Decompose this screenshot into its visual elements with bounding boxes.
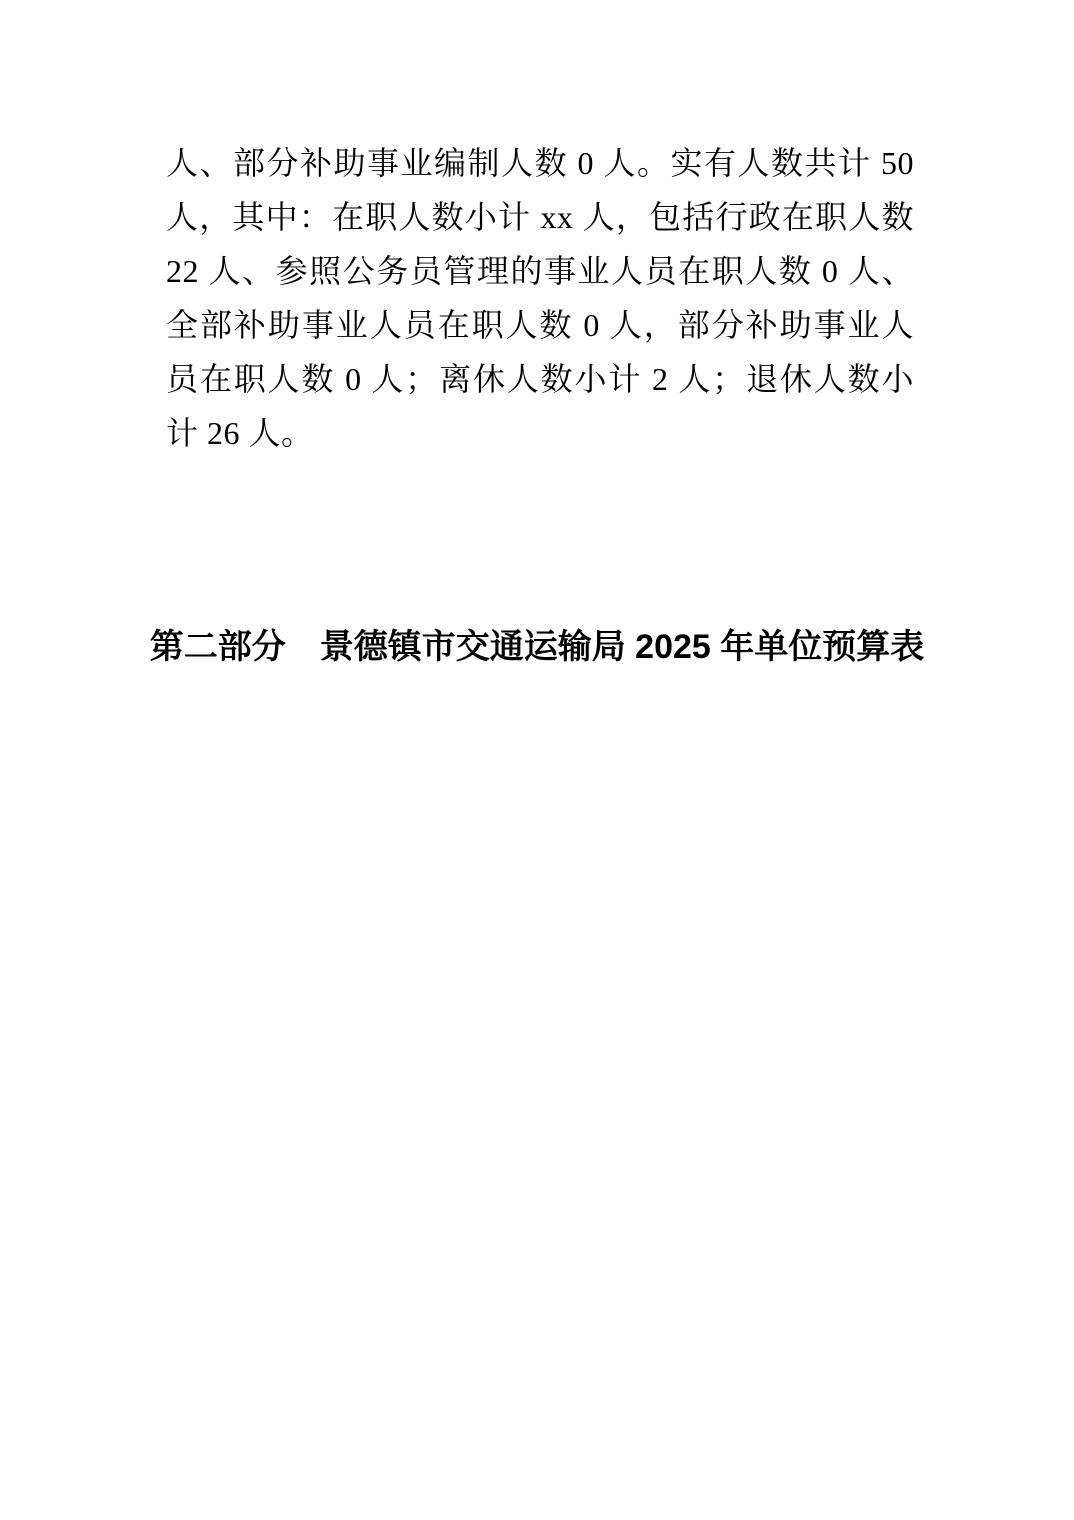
body-paragraph: 人、部分补助事业编制人数 0 人。实有人数共计 50 人，其中：在职人数小计 x… — [166, 136, 914, 460]
section-heading: 第二部分 景德镇市交通运输局 2025 年单位预算表 — [0, 624, 1074, 670]
document-page: 人、部分补助事业编制人数 0 人。实有人数共计 50 人，其中：在职人数小计 x… — [0, 0, 1074, 1520]
